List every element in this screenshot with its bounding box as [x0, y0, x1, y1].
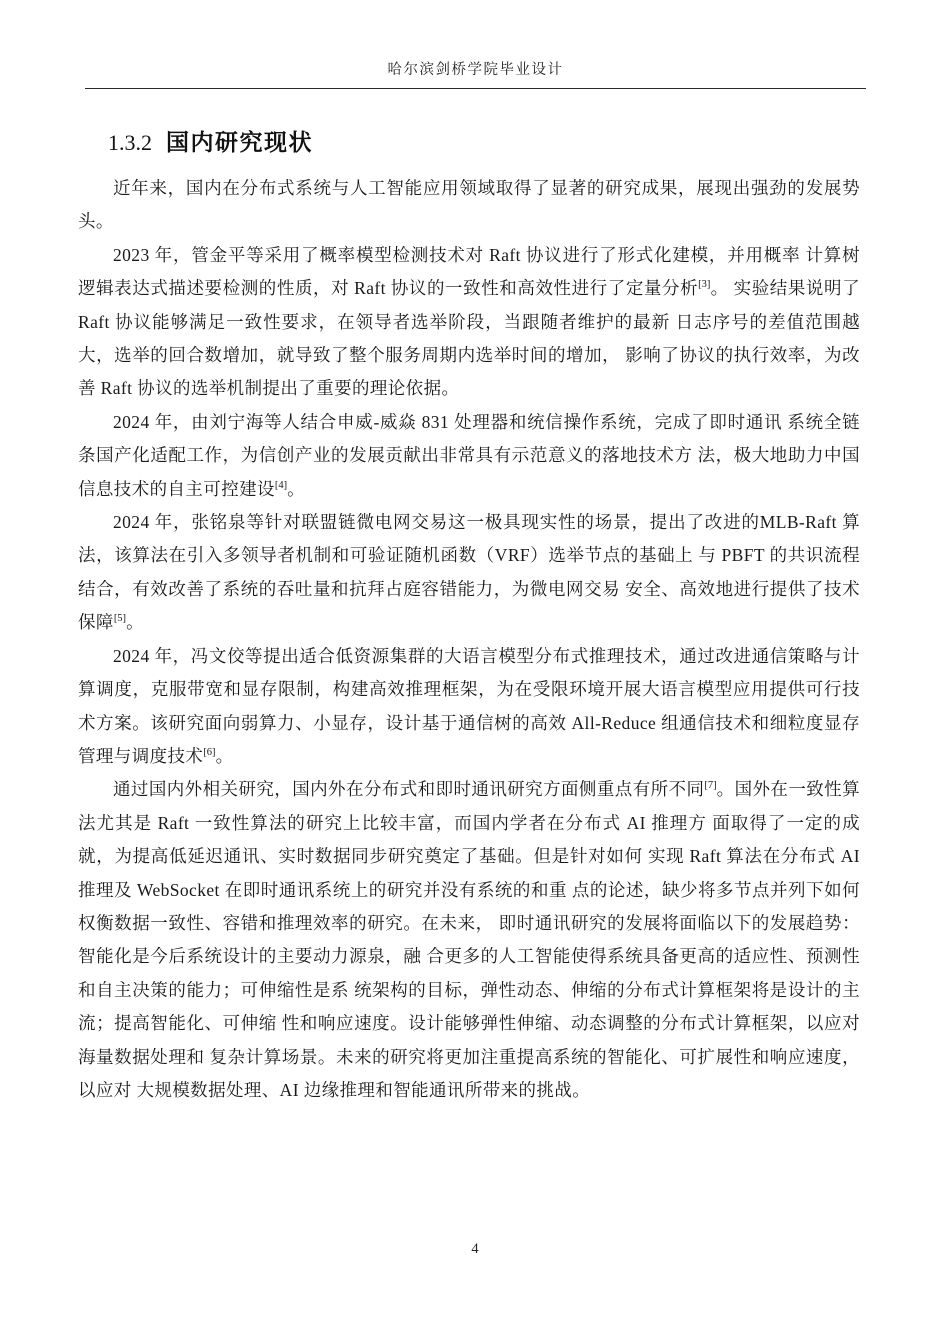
page-number: 4: [0, 1241, 950, 1258]
paragraph: 2024 年，张铭泉等针对联盟链微电网交易这一极具现实性的场景，提出了改进的ML…: [78, 506, 860, 640]
paragraph: 2023 年，管金平等采用了概率模型检测技术对 Raft 协议进行了形式化建模，…: [78, 239, 860, 406]
citation-ref: [7]: [704, 780, 716, 791]
citation-ref: [6]: [203, 747, 215, 758]
paragraph: 近年来，国内在分布式系统与人工智能应用领域取得了显著的研究成果，展现出强劲的发展…: [78, 172, 860, 239]
paragraph: 2024 年，冯文佼等提出适合低资源集群的大语言模型分布式推理技术，通过改进通信…: [78, 640, 860, 774]
citation-ref: [3]: [698, 279, 710, 290]
citation-ref: [5]: [114, 613, 126, 624]
citation-ref: [4]: [275, 480, 287, 491]
paragraphs: 近年来，国内在分布式系统与人工智能应用领域取得了显著的研究成果，展现出强劲的发展…: [78, 172, 860, 1107]
paragraph: 通过国内外相关研究，国内外在分布式和即时通讯研究方面侧重点有所不同[7]。国外在…: [78, 773, 860, 1107]
header-title: 哈尔滨剑桥学院毕业设计: [388, 62, 564, 78]
section-heading: 1.3.2 国内研究现状: [78, 124, 860, 157]
paragraph: 2024 年，由刘宁海等人结合申威-威焱 831 处理器和统信操作系统，完成了即…: [78, 406, 860, 506]
document-page: 哈尔滨剑桥学院毕业设计 1.3.2 国内研究现状 近年来，国内在分布式系统与人工…: [0, 0, 950, 1344]
section-title: 国内研究现状: [166, 124, 313, 157]
page-content: 1.3.2 国内研究现状 近年来，国内在分布式系统与人工智能应用领域取得了显著的…: [78, 124, 860, 1107]
page-header: 哈尔滨剑桥学院毕业设计: [85, 58, 866, 89]
section-number: 1.3.2: [108, 130, 152, 156]
